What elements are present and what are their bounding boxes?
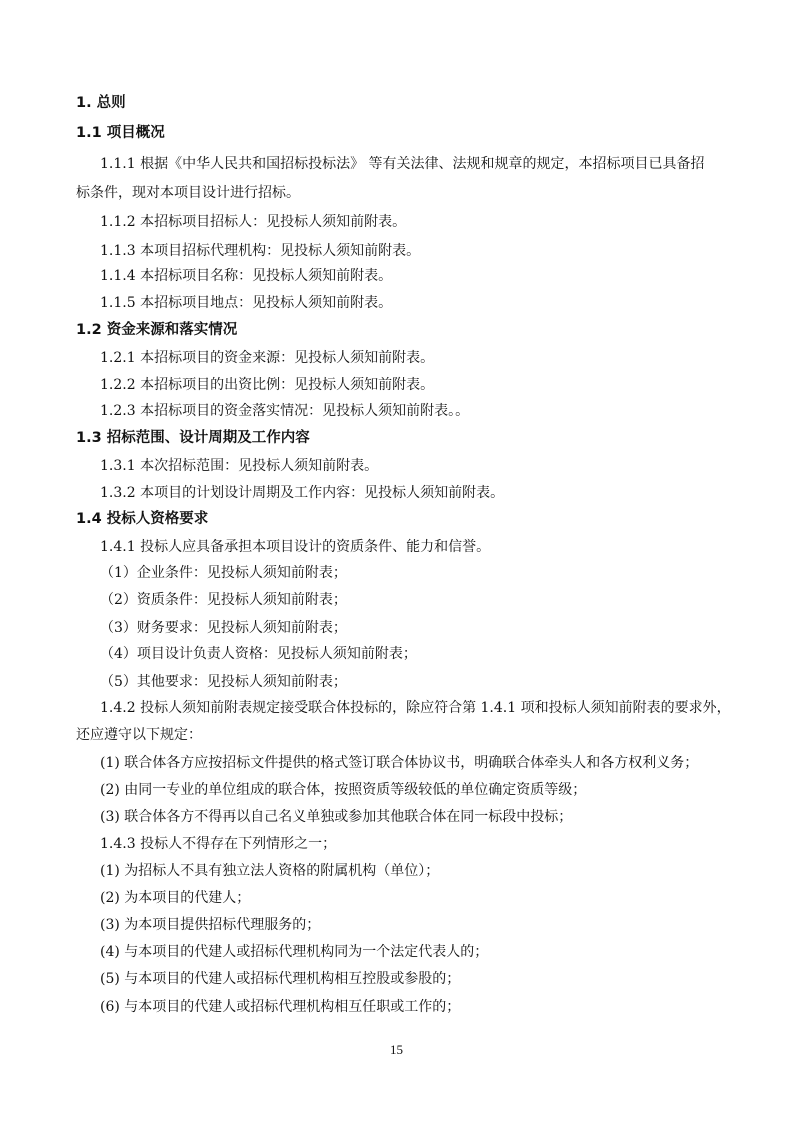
paragraph-line: 1.2.3 本招标项目的资金落实情况：见投标人须知前附表。。 <box>100 402 469 420</box>
paragraph-line: 标条件，现对本项目设计进行招标。 <box>76 184 300 202</box>
paragraph-line: 1.4.2 投标人须知前附表规定接受联合体投标的，除应符合第 1.4.1 项和投… <box>100 699 731 717</box>
paragraph-line: (1) 为招标人不具有独立法人资格的附属机构（单位）； <box>100 862 439 880</box>
paragraph-line: （5）其他要求：见投标人须知前附表； <box>100 673 347 691</box>
paragraph-line: 1.2.2 本招标项目的出资比例：见投标人须知前附表。 <box>100 376 434 394</box>
paragraph-line: 1.1.5 本招标项目地点：见投标人须知前附表。 <box>100 294 392 312</box>
paragraph-line: （1）企业条件：见投标人须知前附表； <box>100 564 347 582</box>
paragraph-line: （2）资质条件：见投标人须知前附表； <box>100 591 347 609</box>
paragraph-line: （4）项目设计负责人资格：见投标人须知前附表； <box>100 645 417 663</box>
paragraph-line: (2) 由同一专业的单位组成的联合体，按照资质等级较低的单位确定资质等级； <box>100 781 586 799</box>
section-heading: 1.1 项目概况 <box>76 124 165 142</box>
document-page: 1. 总则1.1 项目概况1.1.1 根据《中华人民共和国招标投标法》 等有关法… <box>0 0 793 1122</box>
paragraph-line: 1.3.1 本次招标范围：见投标人须知前附表。 <box>100 457 378 475</box>
section-heading: 1.3 招标范围、设计周期及工作内容 <box>76 429 310 447</box>
paragraph-line: 1.1.2 本招标项目招标人：见投标人须知前附表。 <box>100 213 406 231</box>
paragraph-line: (3) 联合体各方不得再以自己名义单独或参加其他联合体在同一标段中投标； <box>100 808 572 826</box>
paragraph-line: (1) 联合体各方应按招标文件提供的格式签订联合体协议书，明确联合体牵头人和各方… <box>100 754 698 772</box>
paragraph-line: (4) 与本项目的代建人或招标代理机构同为一个法定代表人的； <box>100 943 488 961</box>
paragraph-line: 1.4.3 投标人不得存在下列情形之一； <box>100 835 336 853</box>
paragraph-line: 1.4.1 投标人应具备承担本项目设计的资质条件、能力和信誉。 <box>100 538 490 556</box>
section-heading: 1. 总则 <box>76 94 126 112</box>
paragraph-line: 1.1.3 本项目招标代理机构：见投标人须知前附表。 <box>100 242 420 260</box>
paragraph-line: 1.1.1 根据《中华人民共和国招标投标法》 等有关法律、法规和规章的规定，本招… <box>100 155 705 173</box>
section-heading: 1.4 投标人资格要求 <box>76 510 208 528</box>
paragraph-line: （3）财务要求：见投标人须知前附表； <box>100 619 347 637</box>
section-heading: 1.2 资金来源和落实情况 <box>76 321 237 339</box>
paragraph-line: 1.3.2 本项目的计划设计周期及工作内容：见投标人须知前附表。 <box>100 484 504 502</box>
paragraph-line: (6) 与本项目的代建人或招标代理机构相互任职或工作的； <box>100 998 460 1016</box>
paragraph-line: 1.2.1 本招标项目的资金来源：见投标人须知前附表。 <box>100 349 434 367</box>
page-number: 15 <box>0 1042 793 1058</box>
paragraph-line: 还应遵守以下规定： <box>76 726 202 744</box>
paragraph-line: (5) 与本项目的代建人或招标代理机构相互控股或参股的； <box>100 970 460 988</box>
paragraph-line: (2) 为本项目的代建人； <box>100 889 250 907</box>
paragraph-line: 1.1.4 本招标项目名称：见投标人须知前附表。 <box>100 267 392 285</box>
paragraph-line: (3) 为本项目提供招标代理服务的； <box>100 916 320 934</box>
